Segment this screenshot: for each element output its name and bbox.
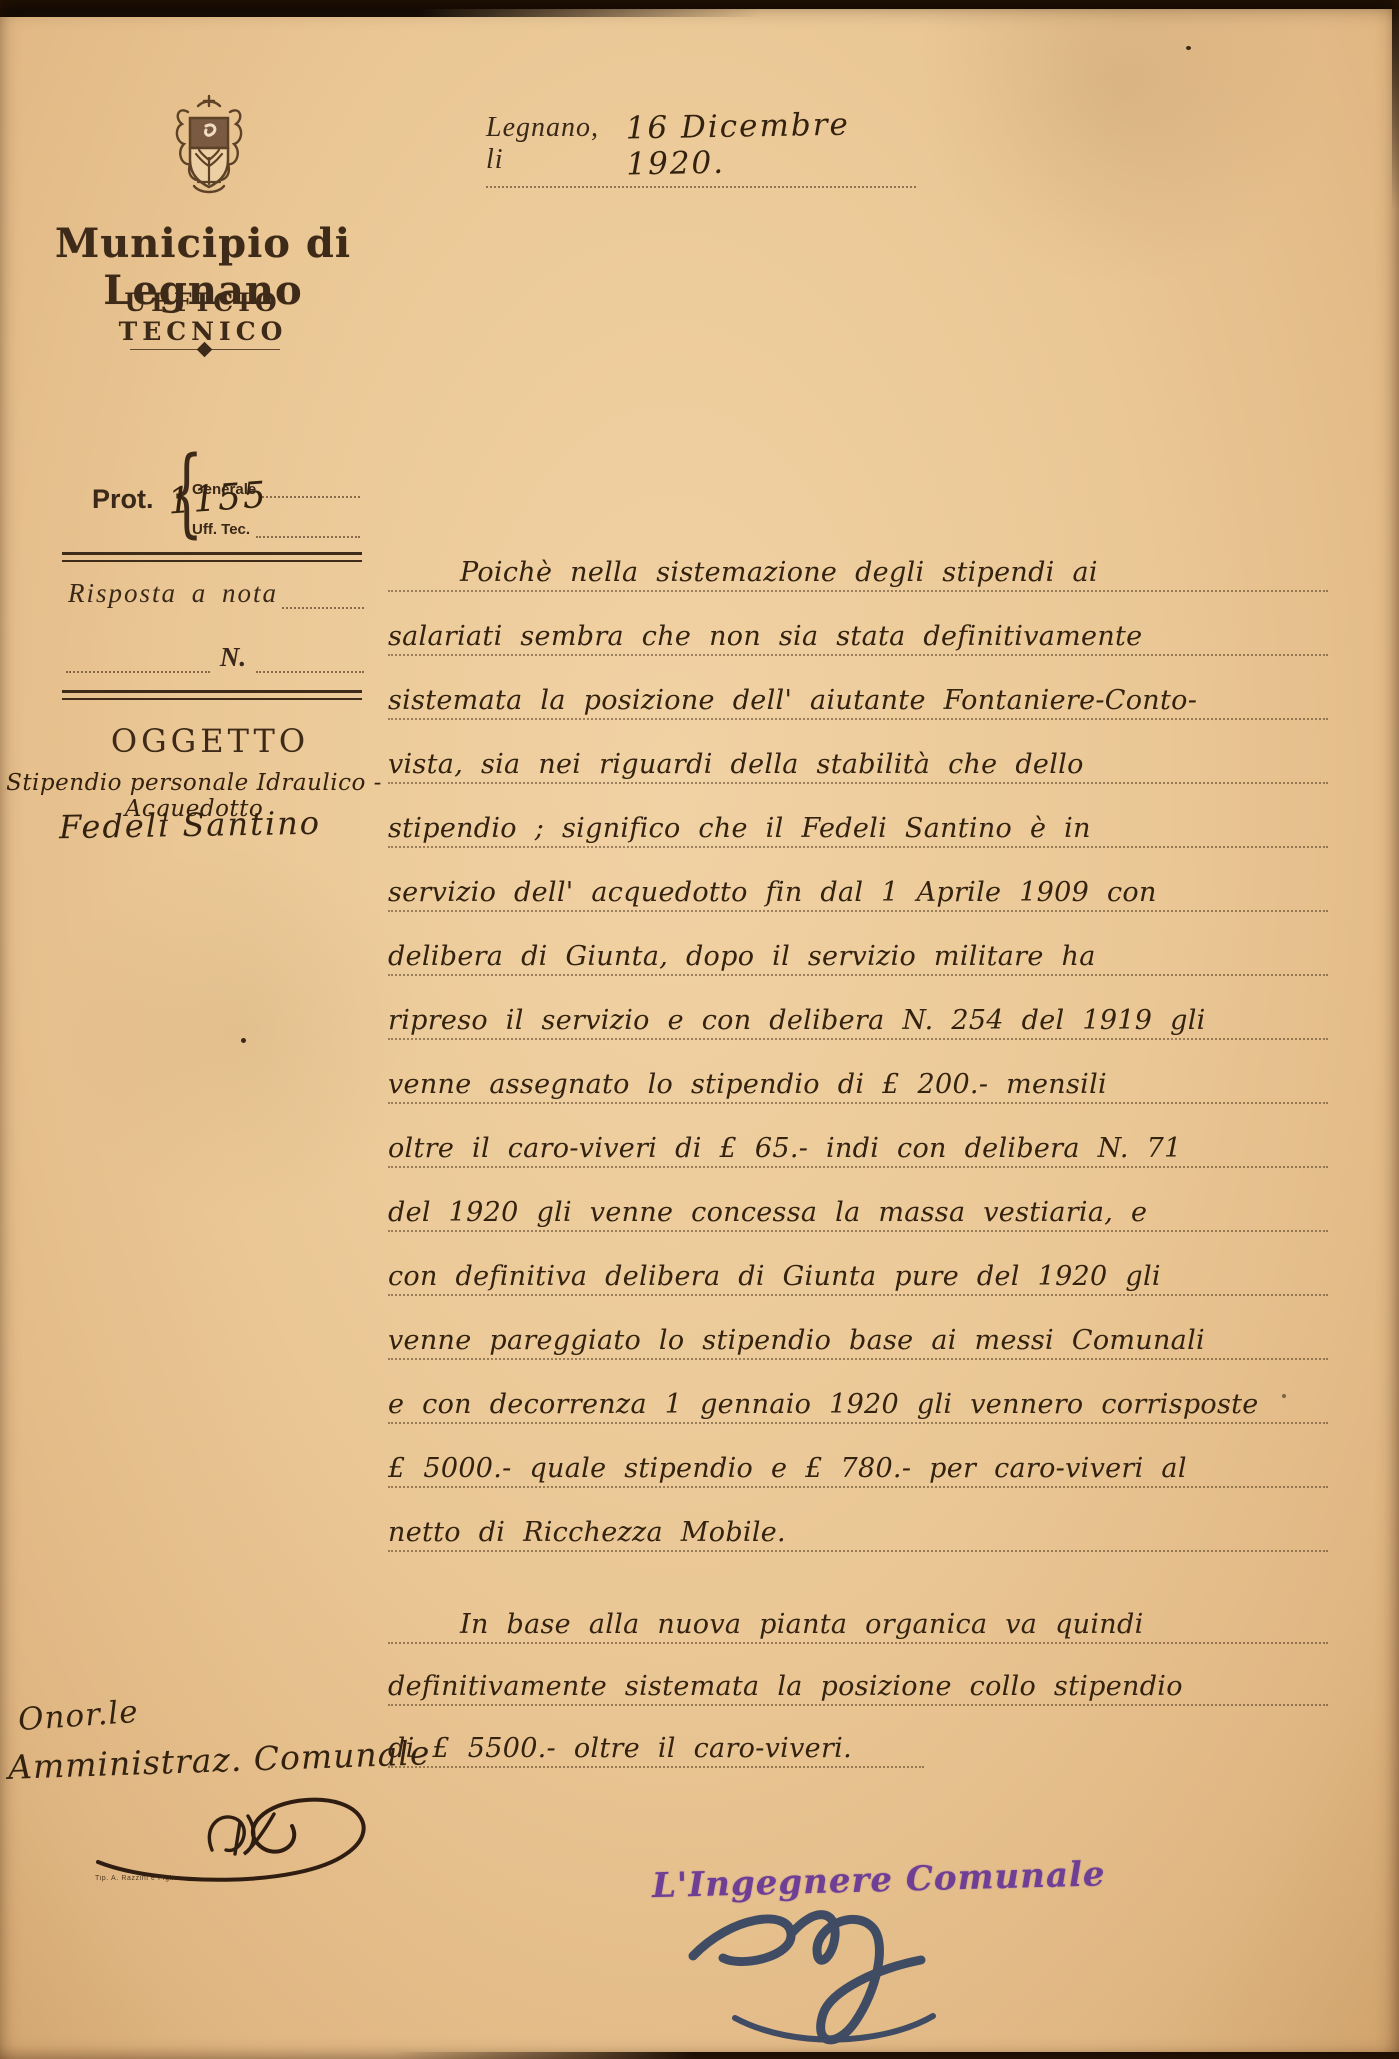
addressee-line-1: Onor.le (17, 1694, 140, 1738)
ink-speck (1282, 1394, 1286, 1398)
protocol-number-value: 1155 (167, 475, 269, 523)
body-line: Poichè nella sistemazione degli stipendi… (388, 528, 1328, 592)
body-line: venne pareggiato lo stipendio base ai me… (388, 1296, 1328, 1360)
subject-heading: OGGETTO (58, 722, 362, 760)
body-line: £ 5000.- quale stipendio e £ 780.- per c… (388, 1424, 1328, 1488)
numero-row: N. (66, 642, 364, 673)
body-line: vista, sia nei riguardi della stabilità … (388, 720, 1328, 784)
letter-body: Poichè nella sistemazione degli stipendi… (388, 528, 1328, 1768)
body-line: netto di Ricchezza Mobile. (388, 1488, 1328, 1552)
risposta-a-nota-row: Risposta a nota (68, 578, 364, 609)
printer-mark: Tip. A. Razzini e Figlio (95, 1875, 178, 1882)
protocol-row-label: Uff. Tec. (192, 521, 256, 538)
subject-line-2: Fedeli Santino (40, 803, 341, 846)
dateline-date-value: 16 Dicembre 1920. (625, 105, 916, 182)
dateline: Legnano, li 16 Dicembre 1920. (486, 108, 916, 188)
ink-speck (1186, 46, 1191, 50)
body-line: venne assegnato lo stipendio di £ 200.- … (388, 1040, 1328, 1104)
addressee-line-2: Amministraz. Comunale (7, 1736, 348, 1787)
signature-engineer (665, 1898, 965, 2059)
protocol-label: Prot. (92, 484, 154, 515)
body-line: e con decorrenza 1 gennaio 1920 gli venn… (388, 1360, 1328, 1424)
signature-flourish-left (88, 1788, 418, 1903)
dotted-leader (66, 670, 210, 673)
body-line: oltre il caro-viveri di £ 65.- indi con … (388, 1104, 1328, 1168)
risposta-label: Risposta a nota (68, 578, 282, 609)
numero-label: N. (210, 642, 256, 673)
double-rule (62, 552, 362, 562)
document-page: Legnano, li 16 Dicembre 1920. (0, 0, 1399, 2059)
body-line: stipendio ; significo che il Fedeli Sant… (388, 784, 1328, 848)
scan-edge-right (1392, 0, 1399, 210)
body-line: delibera di Giunta, dopo il servizio mil… (388, 912, 1328, 976)
body-line: ripreso il servizio e con delibera N. 25… (388, 976, 1328, 1040)
diamond-icon (197, 342, 213, 358)
body-line: con definitiva delibera di Giunta pure d… (388, 1232, 1328, 1296)
body-line: salariati sembra che non sia stata defin… (388, 592, 1328, 656)
body-line: di £ 5500.- oltre il caro-viveri. (388, 1706, 924, 1768)
protocol-block: Prot. { Generale Uff. Tec. 1155 (60, 452, 362, 552)
body-line: definitivamente sistemata la posizione c… (388, 1644, 1328, 1706)
dotted-leader (256, 535, 360, 538)
dotted-leader (256, 670, 364, 673)
office-name: UFFICIO TECNICO (38, 288, 368, 346)
scan-edge-top-left (0, 0, 760, 17)
dateline-place-label: Legnano, li (486, 112, 606, 176)
body-line: sistemata la posizione dell' aiutante Fo… (388, 656, 1328, 720)
divider-ornament (130, 344, 280, 355)
ink-speck (241, 1038, 246, 1043)
body-line: servizio dell' acquedotto fin dal 1 Apri… (388, 848, 1328, 912)
body-line: In base alla nuova pianta organica va qu… (388, 1582, 1328, 1644)
dotted-leader (262, 495, 360, 498)
body-line: del 1920 gli venne concessa la massa ves… (388, 1168, 1328, 1232)
double-rule (62, 690, 362, 700)
dotted-leader (282, 606, 364, 609)
coat-of-arms-icon (168, 92, 250, 213)
